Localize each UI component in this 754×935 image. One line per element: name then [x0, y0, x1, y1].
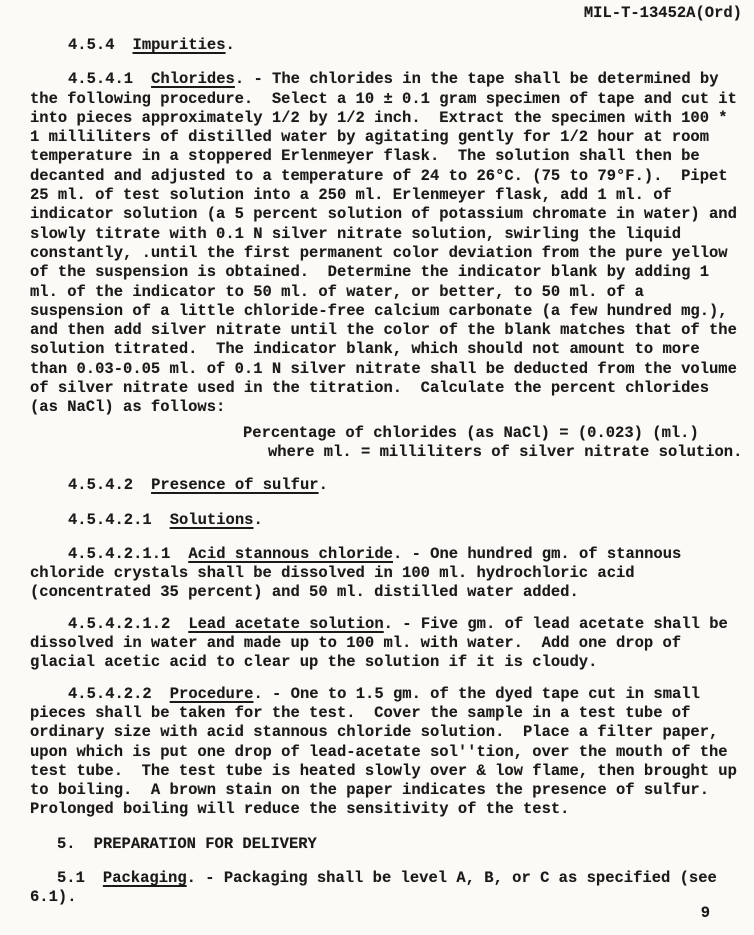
section-title: Chlorides	[151, 70, 235, 88]
section-suffix: .	[319, 476, 328, 494]
doc-reference-number: MIL-T-13452A(Ord)	[584, 4, 742, 23]
heading-presence-of-sulfur: 4.5.4.2Presence of sulfur.	[30, 476, 745, 495]
section-suffix: .	[226, 36, 235, 54]
document-content: 4.5.4Impurities. 4.5.4.1Chlorides. - The…	[30, 36, 745, 908]
formula-block: Percentage of chlorides (as NaCl) = (0.0…	[243, 424, 745, 463]
paragraph-chlorides: 4.5.4.1Chlorides. - The chlorides in the…	[30, 70, 745, 417]
paragraph-lead-acetate-solution: 4.5.4.2.1.2Lead acetate solution. - Five…	[30, 615, 745, 673]
section-title: Procedure	[170, 685, 254, 703]
section-number: 4.5.4.2.1	[68, 511, 152, 529]
section-title: Packaging	[103, 869, 187, 887]
paragraph-text: . - The chlorides in the tape shall be d…	[30, 70, 746, 416]
formula-line-1: Percentage of chlorides (as NaCl) = (0.0…	[243, 424, 745, 443]
section-number: 4.5.4.2.2	[68, 685, 152, 703]
paragraph-text: . - One to 1.5 gm. of the dyed tape cut …	[30, 685, 746, 819]
section-suffix: .	[253, 511, 262, 529]
paragraph-procedure: 4.5.4.2.2Procedure. - One to 1.5 gm. of …	[30, 685, 745, 820]
section-number: 4.5.4.2.1.1	[68, 545, 170, 563]
section-title: PREPARATION FOR DELIVERY	[94, 835, 317, 853]
section-number: 4.5.4	[68, 36, 115, 54]
page-number: 9	[701, 904, 710, 923]
heading-preparation-for-delivery: 5.PREPARATION FOR DELIVERY	[30, 835, 745, 854]
section-title: Solutions	[170, 511, 254, 529]
section-number: 5.1	[57, 869, 85, 887]
heading-solutions: 4.5.4.2.1Solutions.	[30, 511, 745, 530]
section-title: Presence of sulfur	[151, 476, 318, 494]
section-number: 4.5.4.2	[68, 476, 133, 494]
section-number: 5.	[57, 835, 76, 853]
section-number: 4.5.4.2.1.2	[68, 615, 170, 633]
document-page: MIL-T-13452A(Ord) 4.5.4Impurities. 4.5.4…	[0, 0, 754, 935]
section-number: 4.5.4.1	[68, 70, 133, 88]
section-title: Acid stannous chloride	[188, 545, 393, 563]
formula-line-2: where ml. = milliliters of silver nitrat…	[243, 443, 745, 462]
section-title: Lead acetate solution	[188, 615, 383, 633]
paragraph-packaging: 5.1Packaging. - Packaging shall be level…	[30, 869, 745, 908]
section-title: Impurities	[133, 36, 226, 54]
heading-impurities: 4.5.4Impurities.	[30, 36, 745, 55]
paragraph-acid-stannous-chloride: 4.5.4.2.1.1Acid stannous chloride. - One…	[30, 545, 745, 603]
